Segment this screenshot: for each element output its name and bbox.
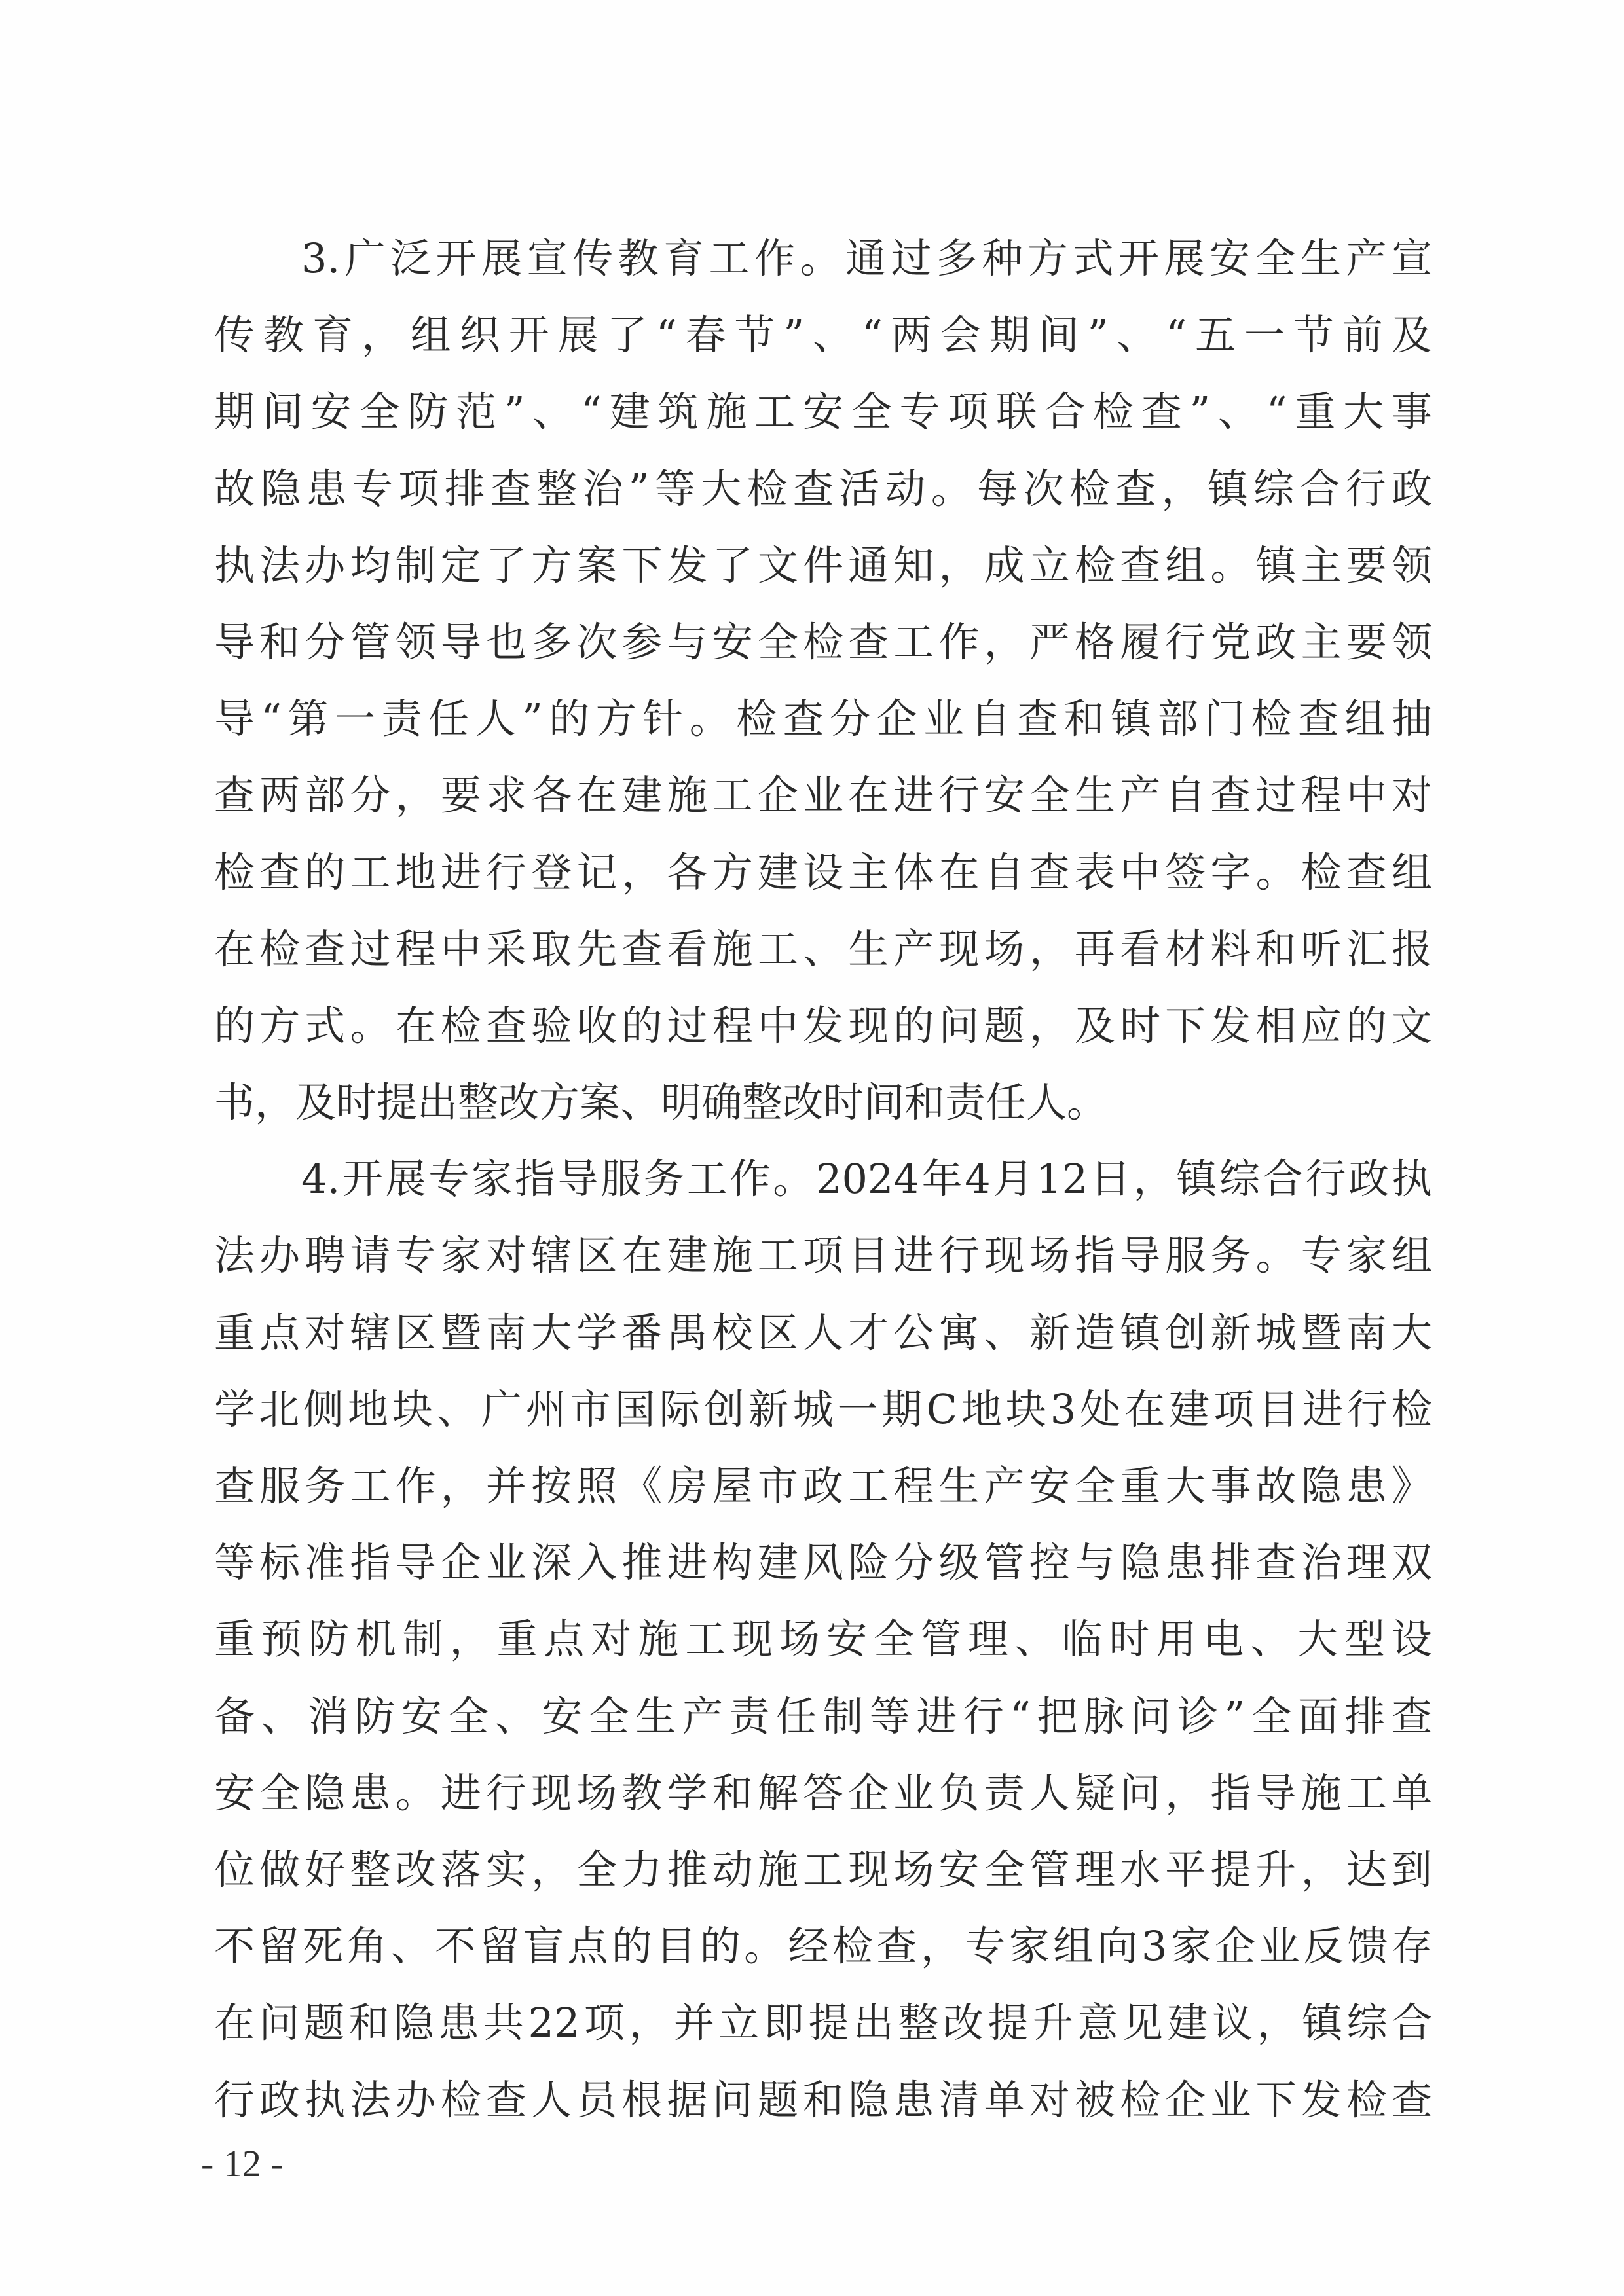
text-line: 导和分管领导也多次参与安全检查工作，严格履行党政主要领 bbox=[214, 604, 1432, 680]
text-line: 查两部分，要求各在建施工企业在进行安全生产自查过程中对 bbox=[214, 757, 1432, 833]
text-line: 查服务工作，并按照《房屋市政工程生产安全重大事故隐患》 bbox=[214, 1448, 1432, 1524]
text-line: 法办聘请专家对辖区在建施工项目进行现场指导服务。专家组 bbox=[214, 1217, 1432, 1294]
text-line: 4.开展专家指导服务工作。2024年4月12日，镇综合行政执 bbox=[214, 1140, 1432, 1217]
text-line: 执法办均制定了方案下发了文件通知，成立检查组。镇主要领 bbox=[214, 527, 1432, 604]
text-line: 导“第一责任人”的方针。检查分企业自查和镇部门检查组抽 bbox=[214, 680, 1432, 757]
document-page: 3.广泛开展宣传教育工作。通过多种方式开展安全生产宣 传教育，组织开展了“春节”… bbox=[0, 0, 1624, 2296]
text-line: 传教育，组织开展了“春节”、“两会期间”、“五一节前及 bbox=[214, 297, 1432, 373]
page-number: - 12 - bbox=[201, 2141, 284, 2187]
text-line: 的方式。在检查验收的过程中发现的问题，及时下发相应的文 bbox=[214, 987, 1432, 1064]
text-line: 3.广泛开展宣传教育工作。通过多种方式开展安全生产宣 bbox=[214, 220, 1432, 297]
text-line: 重点对辖区暨南大学番禺校区人才公寓、新造镇创新城暨南大 bbox=[214, 1294, 1432, 1371]
text-line: 安全隐患。进行现场教学和解答企业负责人疑问，指导施工单 bbox=[214, 1755, 1432, 1831]
text-line: 位做好整改落实，全力推动施工现场安全管理水平提升，达到 bbox=[214, 1831, 1432, 1908]
text-line: 书，及时提出整改方案、明确整改时间和责任人。 bbox=[214, 1064, 1432, 1140]
text-line: 备、消防安全、安全生产责任制等进行“把脉问诊”全面排查 bbox=[214, 1678, 1432, 1755]
body-text: 3.广泛开展宣传教育工作。通过多种方式开展安全生产宣 传教育，组织开展了“春节”… bbox=[214, 220, 1432, 2138]
text-line: 期间安全防范”、“建筑施工安全专项联合检查”、“重大事 bbox=[214, 373, 1432, 450]
text-line: 等标准指导企业深入推进构建风险分级管控与隐患排查治理双 bbox=[214, 1524, 1432, 1601]
text-line: 不留死角、不留盲点的目的。经检查，专家组向3家企业反馈存 bbox=[214, 1908, 1432, 1984]
paragraph-3: 3.广泛开展宣传教育工作。通过多种方式开展安全生产宣 传教育，组织开展了“春节”… bbox=[214, 220, 1432, 1140]
text-line: 在问题和隐患共22项，并立即提出整改提升意见建议，镇综合 bbox=[214, 1984, 1432, 2061]
text-line: 检查的工地进行登记，各方建设主体在自查表中签字。检查组 bbox=[214, 834, 1432, 911]
text-line: 故隐患专项排查整治”等大检查活动。每次检查，镇综合行政 bbox=[214, 450, 1432, 527]
paragraph-4: 4.开展专家指导服务工作。2024年4月12日，镇综合行政执 法办聘请专家对辖区… bbox=[214, 1140, 1432, 2138]
text-line: 行政执法办检查人员根据问题和隐患清单对被检企业下发检查 bbox=[214, 2062, 1432, 2138]
text-line: 重预防机制，重点对施工现场安全管理、临时用电、大型设 bbox=[214, 1601, 1432, 1677]
text-line: 在检查过程中采取先查看施工、生产现场，再看材料和听汇报 bbox=[214, 911, 1432, 987]
text-line: 学北侧地块、广州市国际创新城一期C地块3处在建项目进行检 bbox=[214, 1371, 1432, 1448]
